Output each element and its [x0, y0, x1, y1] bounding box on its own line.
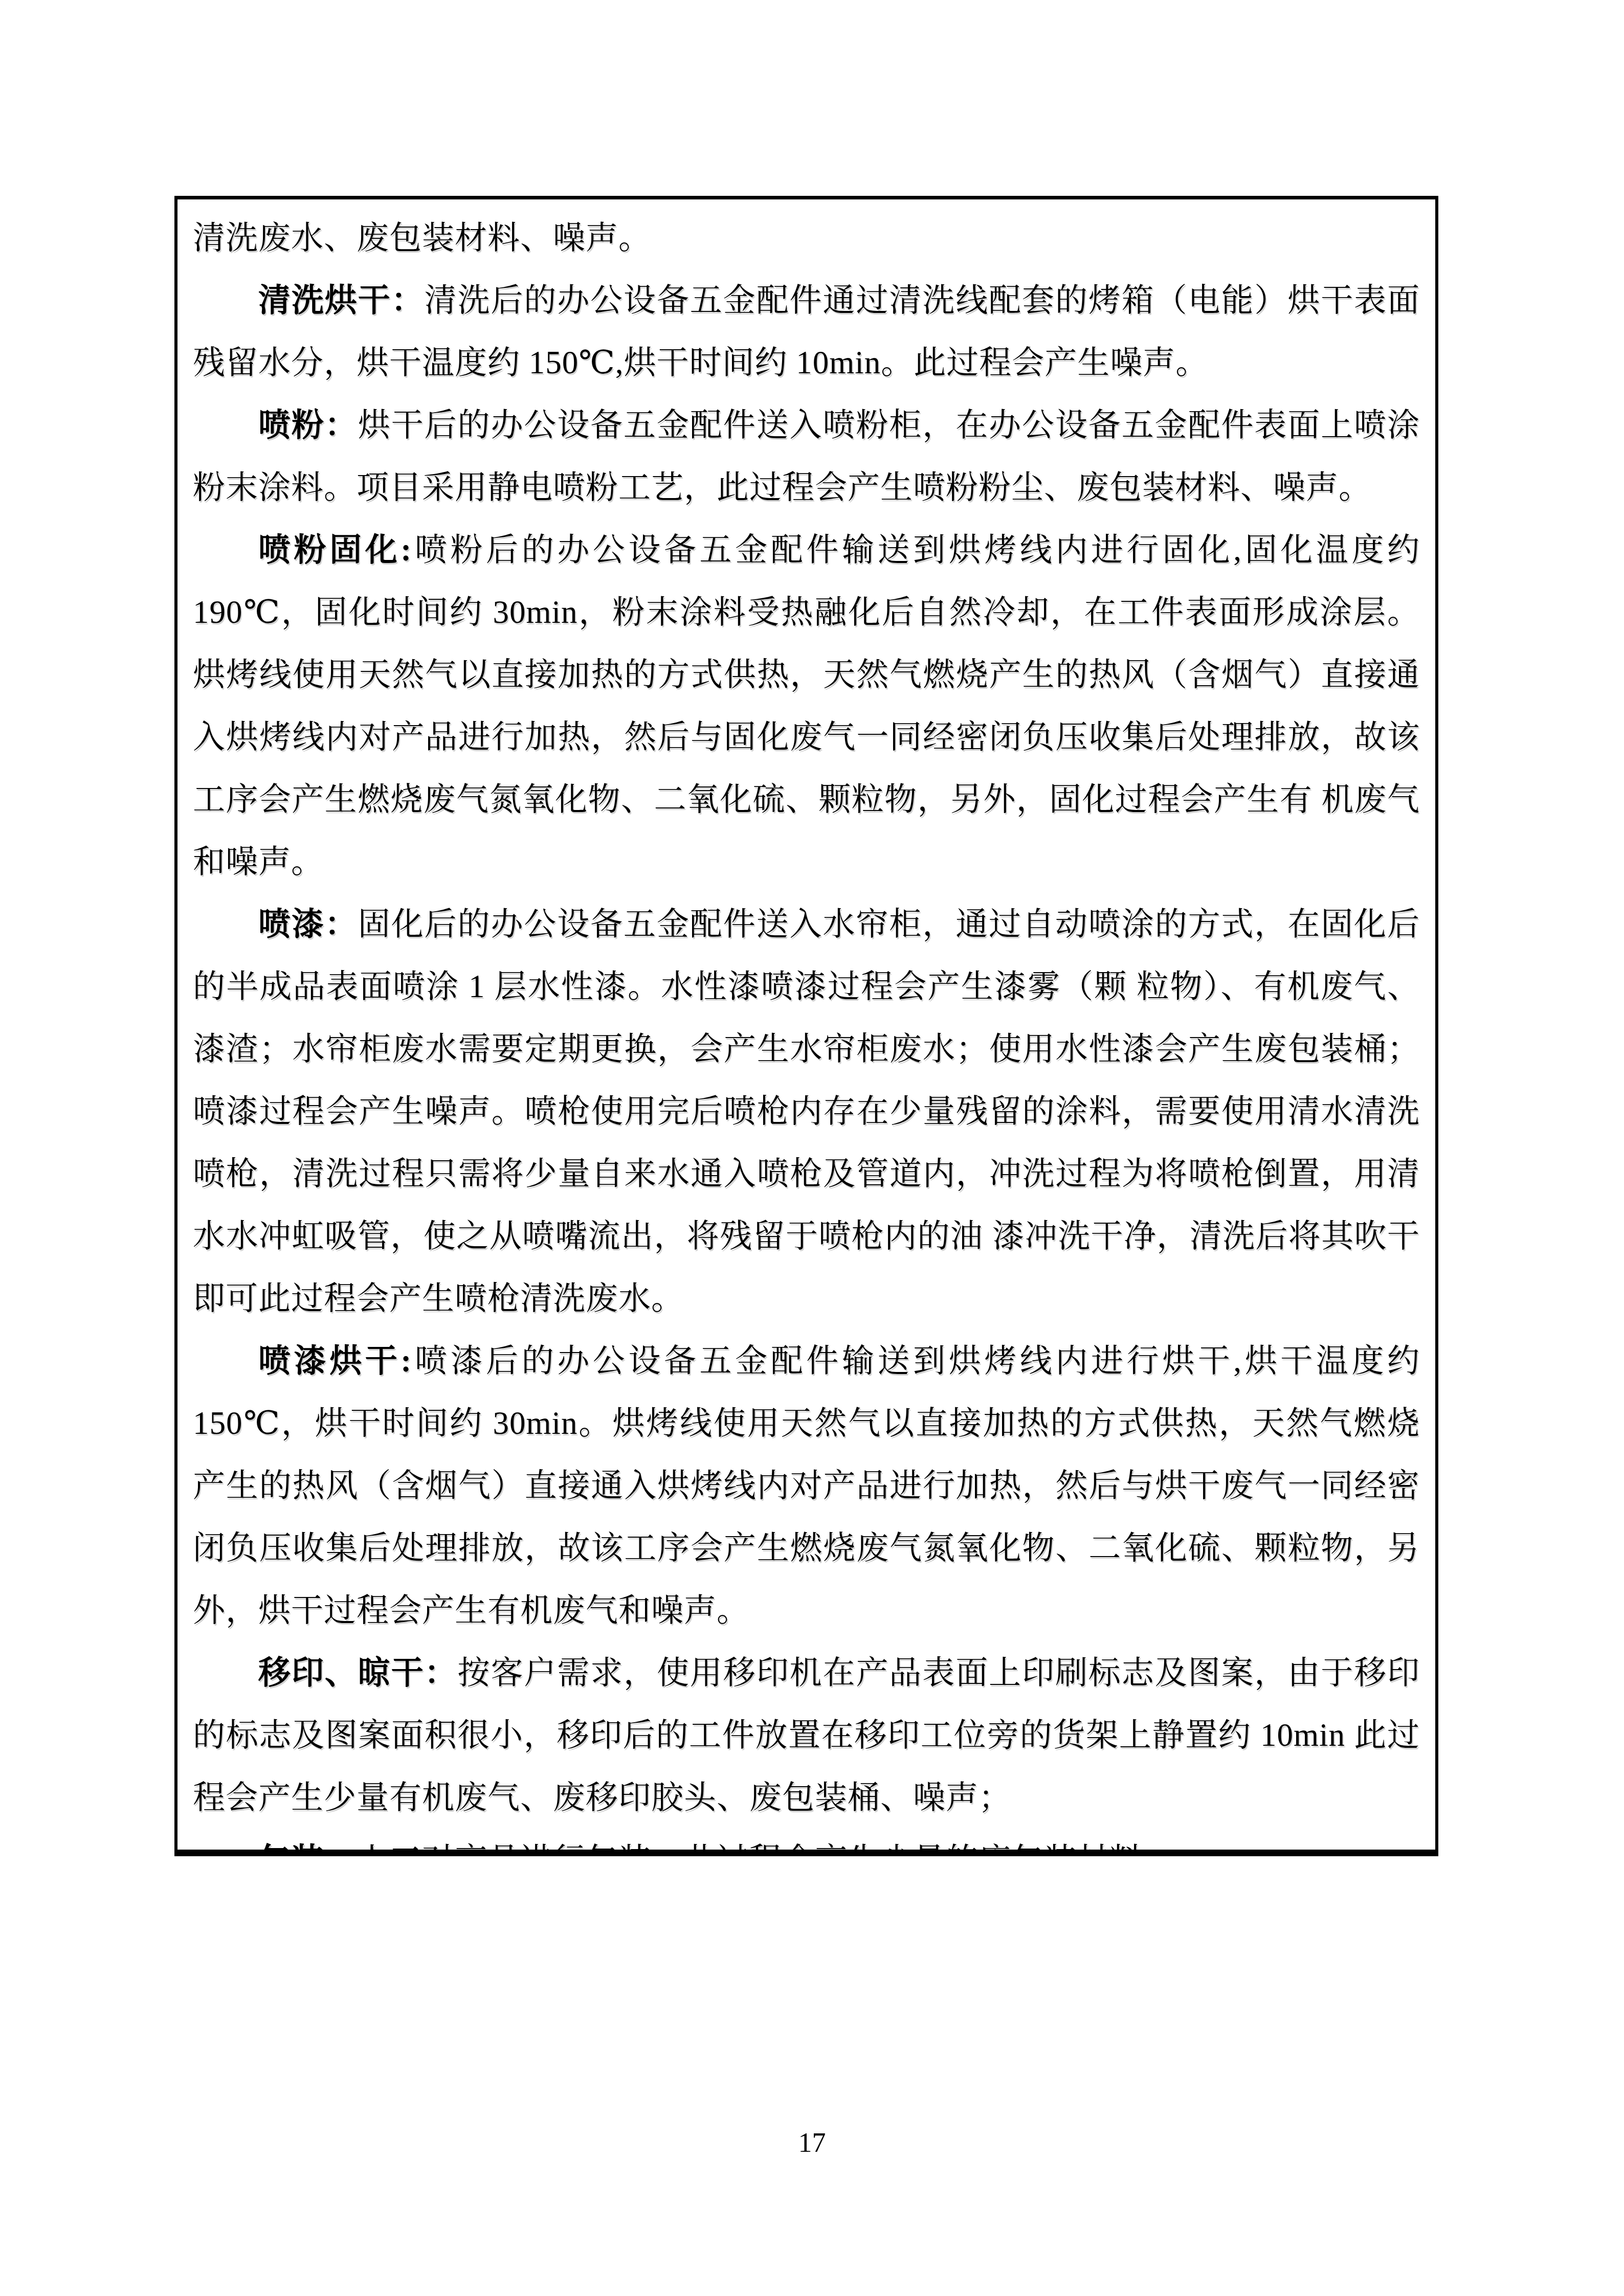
paragraph: 清洗废水、废包装材料、噪声。 [193, 207, 1420, 269]
paragraph-label: 包装： [258, 1842, 357, 1856]
paragraph-label: 喷粉： [258, 407, 358, 443]
paragraph-label: 喷粉固化: [258, 532, 412, 568]
paragraph-label: 喷漆： [258, 906, 358, 942]
paragraph: 喷粉固化:喷粉后的办公设备五金配件输送到烘烤线内进行固化,固化温度约 190℃，… [193, 519, 1420, 893]
paragraph-text: 清洗废水、废包装材料、噪声。 [193, 220, 651, 256]
paragraph: 移印、晾干：按客户需求，使用移印机在产品表面上印刷标志及图案，由于移印的标志及图… [193, 1641, 1420, 1829]
paragraph-text: 喷粉后的办公设备五金配件输送到烘烤线内进行固化,固化温度约 190℃，固化时间约… [193, 532, 1420, 880]
document-page: { "page": { "number": "17", "background_… [0, 0, 1624, 2296]
page-number: 17 [0, 2127, 1624, 2158]
paragraph-text: 烘干后的办公设备五金配件送入喷粉柜，在办公设备五金配件表面上喷涂粉末涂料。项目采… [193, 407, 1420, 505]
paragraph: 喷漆：固化后的办公设备五金配件送入水帘柜，通过自动喷涂的方式，在固化后的半成品表… [193, 893, 1420, 1330]
paragraph-text: 喷漆后的办公设备五金配件输送到烘烤线内进行烘干,烘干温度约 150℃，烘干时间约… [193, 1343, 1420, 1628]
paragraph-text: 人工对产品进行包装，此过程会产生少量的废包装材料。 [357, 1842, 1175, 1856]
table-cell-border: 清洗废水、废包装材料、噪声。 清洗烘干：清洗后的办公设备五金配件通过清洗线配套的… [174, 196, 1438, 1856]
paragraph-label: 清洗烘干： [258, 282, 425, 318]
paragraph: 喷漆烘干:喷漆后的办公设备五金配件输送到烘烤线内进行烘干,烘干温度约 150℃，… [193, 1330, 1420, 1641]
paragraph-label: 喷漆烘干: [258, 1343, 412, 1379]
paragraph: 清洗烘干：清洗后的办公设备五金配件通过清洗线配套的烤箱（电能）烘干表面残留水分，… [193, 269, 1420, 394]
paragraph-label: 移印、晾干： [258, 1655, 457, 1691]
paragraph-text: 固化后的办公设备五金配件送入水帘柜，通过自动喷涂的方式，在固化后的半成品表面喷涂… [193, 906, 1420, 1316]
paragraph: 包装：人工对产品进行包装，此过程会产生少量的废包装材料。 [193, 1829, 1420, 1856]
paragraph: 喷粉：烘干后的办公设备五金配件送入喷粉柜，在办公设备五金配件表面上喷涂粉末涂料。… [193, 394, 1420, 519]
